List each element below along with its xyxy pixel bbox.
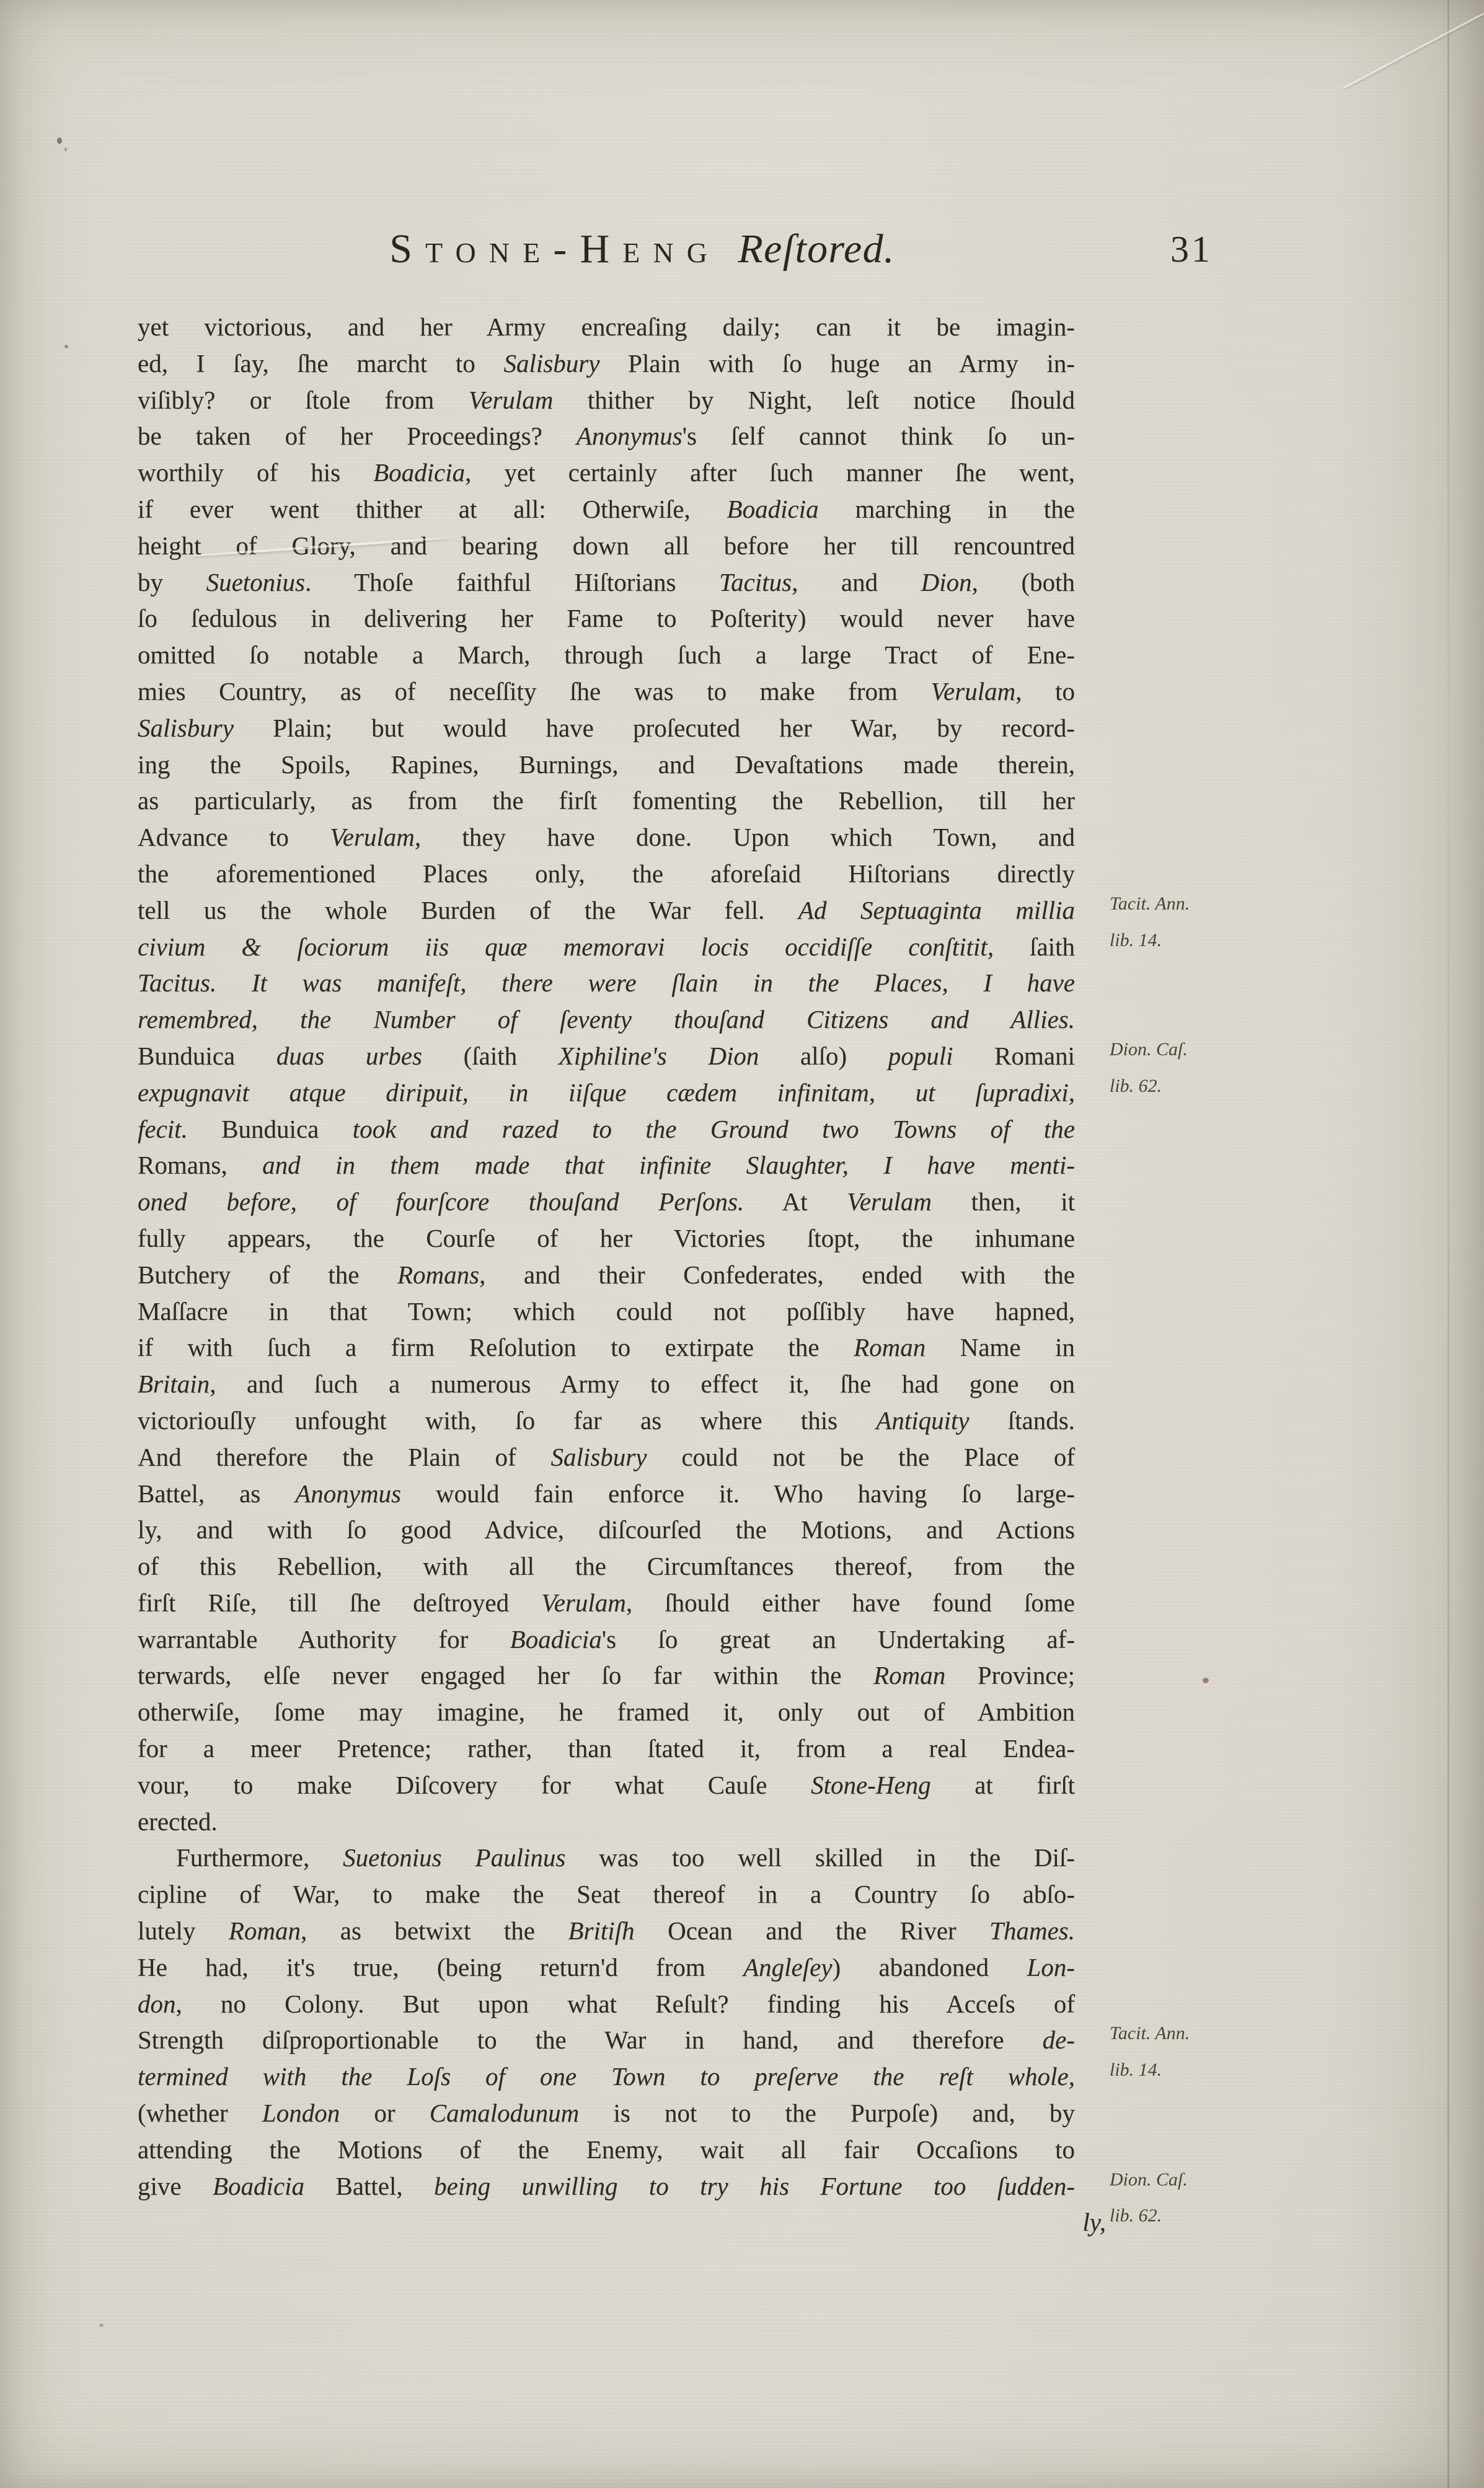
text-line: ly, and with ſo good Advice, diſcourſed … <box>138 1512 1075 1548</box>
text-segment: Suetonius Paulinus <box>343 1843 565 1872</box>
text-segment: fecit. <box>138 1115 188 1143</box>
text-segment: . Thoſe faithful Hiſtorians <box>305 568 719 596</box>
text-segment: Maſſacre in that Town; which could not p… <box>138 1297 1075 1326</box>
text-segment: cipline of War, to make the Seat thereof… <box>138 1880 1075 1908</box>
text-segment: Strength diſproportionable to the War in… <box>138 2025 1043 2054</box>
text-segment: ed, I ſay, ſhe marcht to <box>138 349 504 378</box>
text-line: the aforementioned Places only, the afor… <box>138 856 1075 892</box>
text-segment: Angleſey <box>743 1953 832 1981</box>
text-segment: alſo) <box>759 1042 888 1070</box>
text-segment: Butchery of the <box>138 1260 397 1289</box>
text-segment: otherwiſe, ſome may imagine, he framed i… <box>138 1698 1075 1726</box>
text-segment: (ſaith <box>422 1042 559 1070</box>
margin-note: lib. 14. <box>1110 930 1296 951</box>
paper-speck <box>99 2324 104 2327</box>
text-segment: civium & ſociorum iis quæ memoravi locis… <box>138 932 994 961</box>
text-segment: Verulam <box>847 1187 932 1216</box>
text-line: give Boadicia Battel, being unwilling to… <box>138 2168 1075 2205</box>
text-line: don, no Colony. But upon what Reſult? fi… <box>138 1986 1075 2022</box>
text-segment: Ad Septuaginta millia <box>798 896 1075 924</box>
text-line: fecit. Bunduica took and razed to the Gr… <box>138 1111 1075 1148</box>
margin-note: Tacit. Ann. <box>1110 893 1296 914</box>
paper-speck <box>57 138 62 144</box>
margin-note: Dion. Caſ. <box>1110 1039 1296 1060</box>
text-segment: Bunduica <box>138 1042 276 1070</box>
text-segment: attending the Motions of the Enemy, wait… <box>138 2135 1075 2164</box>
text-line: ſo ſedulous in delivering her Fame to Po… <box>138 600 1075 637</box>
text-segment: Boadicia <box>727 495 819 523</box>
text-segment: if ever went thither at all: Otherwiſe, <box>138 495 727 523</box>
text-line: erected. <box>138 1804 1075 1840</box>
text-segment: expugnavit atque diripuit, in iiſque cæd… <box>138 1078 1075 1107</box>
text-line: fully appears, the Courſe of her Victori… <box>138 1220 1075 1257</box>
text-segment: , as betwixt the <box>301 1916 568 1945</box>
text-line: tell us the whole Burden of the War fell… <box>138 892 1075 929</box>
text-segment: And therefore the Plain of <box>138 1443 551 1471</box>
text-segment: Salisbury <box>551 1443 647 1471</box>
text-segment: , yet certainly after ſuch manner ſhe we… <box>465 458 1075 487</box>
text-segment: Ocean and the River <box>635 1916 990 1945</box>
text-segment: for a meer Pretence; rather, than ſtated… <box>138 1734 1075 1763</box>
text-segment: at firſt <box>931 1771 1075 1799</box>
text-segment: if with ſuch a firm Reſolution to extirp… <box>138 1333 854 1361</box>
text-line: by Suetonius. Thoſe faithful Hiſtorians … <box>138 564 1075 601</box>
text-segment: Anonymus <box>576 422 682 450</box>
text-line: if with ſuch a firm Reſolution to extirp… <box>138 1329 1075 1366</box>
text-line: height of Glory, and bearing down all be… <box>138 528 1075 564</box>
text-line: otherwiſe, ſome may imagine, he framed i… <box>138 1694 1075 1730</box>
text-line: omitted ſo notable a March, through ſuch… <box>138 637 1075 673</box>
text-segment: Xiphiline's Dion <box>559 1042 759 1070</box>
text-segment: , no Colony. But upon what Reſult? findi… <box>176 1990 1075 2018</box>
text-segment: , ſhould either have found ſome <box>626 1588 1075 1617</box>
text-segment: Roman <box>229 1916 301 1945</box>
text-segment: victoriouſly unfought with, ſo far as wh… <box>138 1406 876 1435</box>
text-segment: vour, to make Diſcovery for what Cauſe <box>138 1771 811 1799</box>
text-line: for a meer Pretence; rather, than ſtated… <box>138 1730 1075 1767</box>
margin-note: lib. 62. <box>1110 2205 1296 2226</box>
book-page-scan: Stone-Heng Reſtored. 31 yet victorious, … <box>0 0 1484 2488</box>
text-segment: duas urbes <box>276 1042 422 1070</box>
text-line: He had, it's true, (being return'd from … <box>138 1949 1075 1986</box>
text-segment: Lon- <box>1027 1953 1075 1981</box>
text-line: Romans, and in them made that infinite S… <box>138 1147 1075 1184</box>
text-segment: could not be the Place of <box>647 1443 1075 1471</box>
text-segment: Tacitus. It was manifeſt, there were ſla… <box>138 968 1075 997</box>
text-line: as particularly, as from the firſt fomen… <box>138 782 1075 819</box>
paper-speck <box>64 345 68 348</box>
text-segment: Roman <box>854 1333 925 1361</box>
text-segment: Verulam <box>931 677 1016 706</box>
text-segment: At <box>744 1187 847 1216</box>
text-segment: Bunduica <box>188 1115 353 1143</box>
text-segment: Dion <box>921 568 972 596</box>
text-line: Furthermore, Suetonius Paulinus was too … <box>138 1839 1075 1876</box>
text-segment: was too well skilled in the Diſ- <box>565 1843 1075 1872</box>
margin-note: Dion. Caſ. <box>1110 2169 1296 2190</box>
text-segment: Name in <box>925 1333 1075 1361</box>
running-title-italic: Reſtored. <box>738 226 895 272</box>
text-segment: Romans, <box>138 1151 262 1179</box>
text-segment: viſibly? or ſtole from <box>138 386 469 414</box>
text-line: Bunduica duas urbes (ſaith Xiphiline's D… <box>138 1038 1075 1074</box>
text-segment: then, it <box>932 1187 1075 1216</box>
text-segment: Romans <box>397 1260 479 1289</box>
text-segment: lutely <box>138 1916 229 1945</box>
text-line: Salisbury Plain; but would have proſecut… <box>138 710 1075 746</box>
text-line: attending the Motions of the Enemy, wait… <box>138 2132 1075 2168</box>
text-segment: Battel, as <box>138 1479 295 1508</box>
text-line: remembred, the Number of ſeventy thouſan… <box>138 1001 1075 1038</box>
text-line: ed, I ſay, ſhe marcht to Salisbury Plain… <box>138 345 1075 382</box>
page-number: 31 <box>1170 228 1212 271</box>
text-segment: 's ſo great an Undertaking af- <box>602 1625 1075 1654</box>
text-segment: Tacitus <box>719 568 792 596</box>
text-line: victoriouſly unfought with, ſo far as wh… <box>138 1402 1075 1439</box>
text-segment: mies Country, as of neceſſity ſhe was to… <box>138 677 931 706</box>
text-line: of this Rebellion, with all the Circumſt… <box>138 1548 1075 1585</box>
text-line: Strength diſproportionable to the War in… <box>138 2022 1075 2058</box>
text-segment: Camalodunum <box>430 2099 579 2127</box>
text-line: be taken of her Proceedings? Anonymus's … <box>138 418 1075 454</box>
text-segment: , they have done. Upon which Town, and <box>415 823 1075 851</box>
text-line: Advance to Verulam, they have done. Upon… <box>138 819 1075 856</box>
text-line: vour, to make Diſcovery for what Cauſe S… <box>138 1767 1075 1804</box>
text-line: Battel, as Anonymus would fain enforce i… <box>138 1476 1075 1512</box>
text-line: if ever went thither at all: Otherwiſe, … <box>138 491 1075 528</box>
text-segment: Battel, <box>304 2172 434 2200</box>
text-line: expugnavit atque diripuit, in iiſque cæd… <box>138 1074 1075 1111</box>
text-segment: and in them made that infinite Slaughter… <box>262 1151 1075 1179</box>
text-segment: firſt Riſe, till ſhe deſtroyed <box>138 1588 541 1617</box>
text-line: yet victorious, and her Army encreaſing … <box>138 309 1075 345</box>
running-title-caps: Stone-Heng <box>389 226 720 272</box>
text-segment: Roman <box>873 1661 945 1689</box>
text-segment: ſtands. <box>969 1406 1075 1435</box>
text-segment: Thames. <box>989 1916 1075 1945</box>
text-segment: ly, <box>1082 2208 1106 2236</box>
text-segment: Salisbury <box>504 349 600 378</box>
text-segment: the aforementioned Places only, the afor… <box>138 859 1075 888</box>
text-segment: Antiquity <box>876 1406 969 1435</box>
text-segment: Verulam <box>541 1588 626 1617</box>
text-line: mies Country, as of neceſſity ſhe was to… <box>138 673 1075 710</box>
text-segment: warrantable Authority for <box>138 1625 510 1654</box>
text-segment: don <box>138 1990 176 2018</box>
text-segment: Verulam <box>330 823 415 851</box>
text-segment: fully appears, the Courſe of her Victori… <box>138 1224 1075 1252</box>
text-segment: took and razed to the Ground two Towns o… <box>353 1115 1075 1143</box>
text-segment: Britain <box>138 1370 210 1398</box>
text-line: oned before, of fourſcore thouſand Perſo… <box>138 1184 1075 1220</box>
text-line: worthily of his Boadicia, yet certainly … <box>138 454 1075 491</box>
text-segment: Province; <box>945 1661 1075 1689</box>
text-line: lutely Roman, as betwixt the Britiſh Oce… <box>138 1913 1075 1949</box>
text-segment: give <box>138 2172 213 2200</box>
text-segment: London <box>262 2099 340 2127</box>
text-segment: Anonymus <box>295 1479 401 1508</box>
text-segment: as particularly, as from the firſt fomen… <box>138 786 1075 815</box>
text-segment: being unwilling to try his Fortune too ſ… <box>434 2172 1075 2200</box>
text-segment: thither by Night, leſt notice ſhould <box>553 386 1075 414</box>
text-line: terwards, elſe never engaged her ſo far … <box>138 1657 1075 1694</box>
margin-note: lib. 62. <box>1110 1076 1296 1097</box>
text-segment: Suetonius <box>206 568 305 596</box>
text-segment: (whether <box>138 2099 262 2127</box>
text-line: warrantable Authority for Boadicia's ſo … <box>138 1621 1075 1658</box>
paper-speck <box>1203 1678 1209 1683</box>
text-segment: ly, and with ſo good Advice, diſcourſed … <box>138 1515 1075 1544</box>
catchword-line: ly,lib. 62. <box>138 2204 1075 2241</box>
text-segment: ing the Spoils, Rapines, Burnings, and D… <box>138 750 1075 779</box>
text-line: ing the Spoils, Rapines, Burnings, and D… <box>138 746 1075 783</box>
text-segment: erected. <box>138 1807 218 1836</box>
text-segment: marching in the <box>819 495 1075 523</box>
text-line: cipline of War, to make the Seat thereof… <box>138 1876 1075 1913</box>
text-segment: populi <box>888 1042 953 1070</box>
text-block: yet victorious, and her Army encreaſing … <box>138 309 1075 2241</box>
margin-note: lib. 14. <box>1110 2060 1296 2081</box>
text-segment: ſaith <box>994 932 1075 961</box>
text-segment: ſo ſedulous in delivering her Fame to Po… <box>138 604 1075 632</box>
text-segment: worthily of his <box>138 458 373 487</box>
text-segment: Boadicia <box>510 1625 602 1654</box>
text-segment: de- <box>1043 2025 1075 2054</box>
text-segment: ) abandoned <box>833 1953 1027 1981</box>
text-line: Maſſacre in that Town; which could not p… <box>138 1293 1075 1330</box>
text-segment: of this Rebellion, with all the Circumſt… <box>138 1552 1075 1580</box>
text-segment: yet victorious, and her Army encreaſing … <box>138 312 1075 341</box>
text-line: termined with the Loſs of one Town to pr… <box>138 2058 1075 2095</box>
text-line: (whether London or Camalodunum is not to… <box>138 2095 1075 2132</box>
text-line: Tacitus. It was manifeſt, there were ſla… <box>138 965 1075 1001</box>
text-segment: be taken of her Proceedings? <box>138 422 576 450</box>
text-segment: Salisbury <box>138 714 234 742</box>
text-segment: He had, it's true, (being return'd from <box>138 1953 743 1981</box>
text-segment: , to <box>1015 677 1075 706</box>
paper-crease-top-right <box>1343 0 1484 89</box>
text-segment: would fain enforce it. Who having ſo lar… <box>401 1479 1075 1508</box>
text-segment: , (both <box>972 568 1075 596</box>
text-segment: Stone-Heng <box>811 1771 931 1799</box>
text-line: firſt Riſe, till ſhe deſtroyed Verulam, … <box>138 1585 1075 1621</box>
text-line: civium & ſociorum iis quæ memoravi locis… <box>138 929 1075 965</box>
text-segment: Britiſh <box>568 1916 635 1945</box>
text-segment: Boadicia <box>373 458 465 487</box>
text-line: Britain, and ſuch a numerous Army to eff… <box>138 1366 1075 1402</box>
text-segment: Romani <box>953 1042 1075 1070</box>
text-segment: Verulam <box>469 386 554 414</box>
text-segment: Plain; but would have proſecuted her War… <box>234 714 1075 742</box>
text-segment: by <box>138 568 206 596</box>
margin-note: Tacit. Ann. <box>1110 2023 1296 2044</box>
text-line: And therefore the Plain of Salisbury cou… <box>138 1439 1075 1476</box>
text-segment: tell us the whole Burden of the War fell… <box>138 896 798 924</box>
text-segment: Plain with ſo huge an Army in- <box>599 349 1075 378</box>
text-segment: is not to the Purpoſe) and, by <box>579 2099 1075 2127</box>
text-segment: , and their Confederates, ended with the <box>479 1260 1075 1289</box>
text-segment: terwards, elſe never engaged her ſo far … <box>138 1661 873 1689</box>
text-segment: or <box>340 2099 430 2127</box>
running-title: Stone-Heng Reſtored. <box>389 218 894 280</box>
text-segment: Boadicia <box>213 2172 304 2200</box>
text-segment: omitted ſo notable a March, through ſuch… <box>138 640 1075 669</box>
text-segment: height of Glory, and bearing down all be… <box>138 531 1075 560</box>
text-segment: 's ſelf cannot think ſo un- <box>682 422 1075 450</box>
text-line: viſibly? or ſtole from Verulam thither b… <box>138 382 1075 418</box>
text-segment: , and ſuch a numerous Army to effect it,… <box>210 1370 1075 1398</box>
text-segment: oned before, of fourſcore thouſand Perſo… <box>138 1187 744 1216</box>
text-segment: , and <box>792 568 921 596</box>
text-line: Butchery of the Romans, and their Confed… <box>138 1257 1075 1293</box>
page-header: Stone-Heng Reſtored. <box>138 218 1075 286</box>
text-segment: remembred, the Number of ſeventy thouſan… <box>138 1005 1075 1034</box>
paper-crease-right-edge <box>1447 0 1449 2488</box>
text-segment: Furthermore, <box>176 1843 343 1872</box>
text-segment: Advance to <box>138 823 330 851</box>
text-segment: termined with the Loſs of one Town to pr… <box>138 2062 1075 2091</box>
